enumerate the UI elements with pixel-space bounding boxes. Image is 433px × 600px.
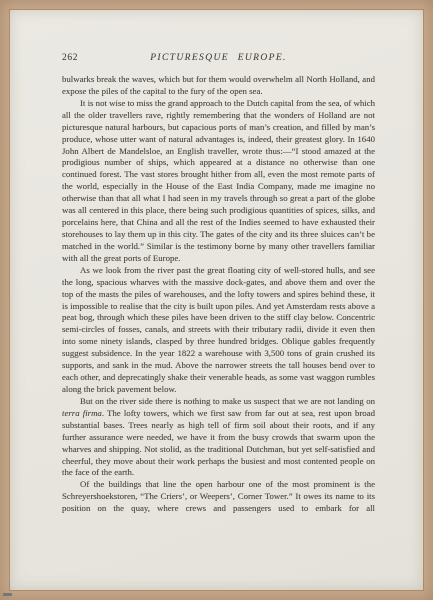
book-page: 262 PICTURESQUE EUROPE. bulwarks break t… [10, 10, 423, 590]
scan-artifact [3, 593, 12, 596]
text-segment: . The lofty towers, which we first saw f… [62, 408, 375, 478]
page-text: bulwarks break the waves, which but for … [62, 74, 375, 515]
text-segment: It is not wise to miss the grand approac… [62, 98, 375, 263]
text-segment: bulwarks break the waves, which but for … [62, 74, 375, 96]
text-segment: As we look from the river past the great… [62, 265, 375, 394]
page-header: 262 PICTURESQUE EUROPE. [62, 53, 375, 66]
italic-text: terra firma [62, 408, 102, 418]
page-number: 262 [62, 53, 78, 63]
text-segment: But on the river side there is nothing t… [80, 396, 375, 406]
scan-mat-background: 262 PICTURESQUE EUROPE. bulwarks break t… [0, 0, 433, 600]
paragraph: As we look from the river past the great… [62, 265, 375, 396]
text-segment: Of the buildings that line the open harb… [62, 479, 375, 513]
paragraph: It is not wise to miss the grand approac… [62, 98, 375, 265]
paragraph: bulwarks break the waves, which but for … [62, 74, 375, 98]
paragraph: But on the river side there is nothing t… [62, 396, 375, 479]
paragraph: Of the buildings that line the open harb… [62, 479, 375, 515]
running-title: PICTURESQUE EUROPE. [62, 53, 375, 63]
